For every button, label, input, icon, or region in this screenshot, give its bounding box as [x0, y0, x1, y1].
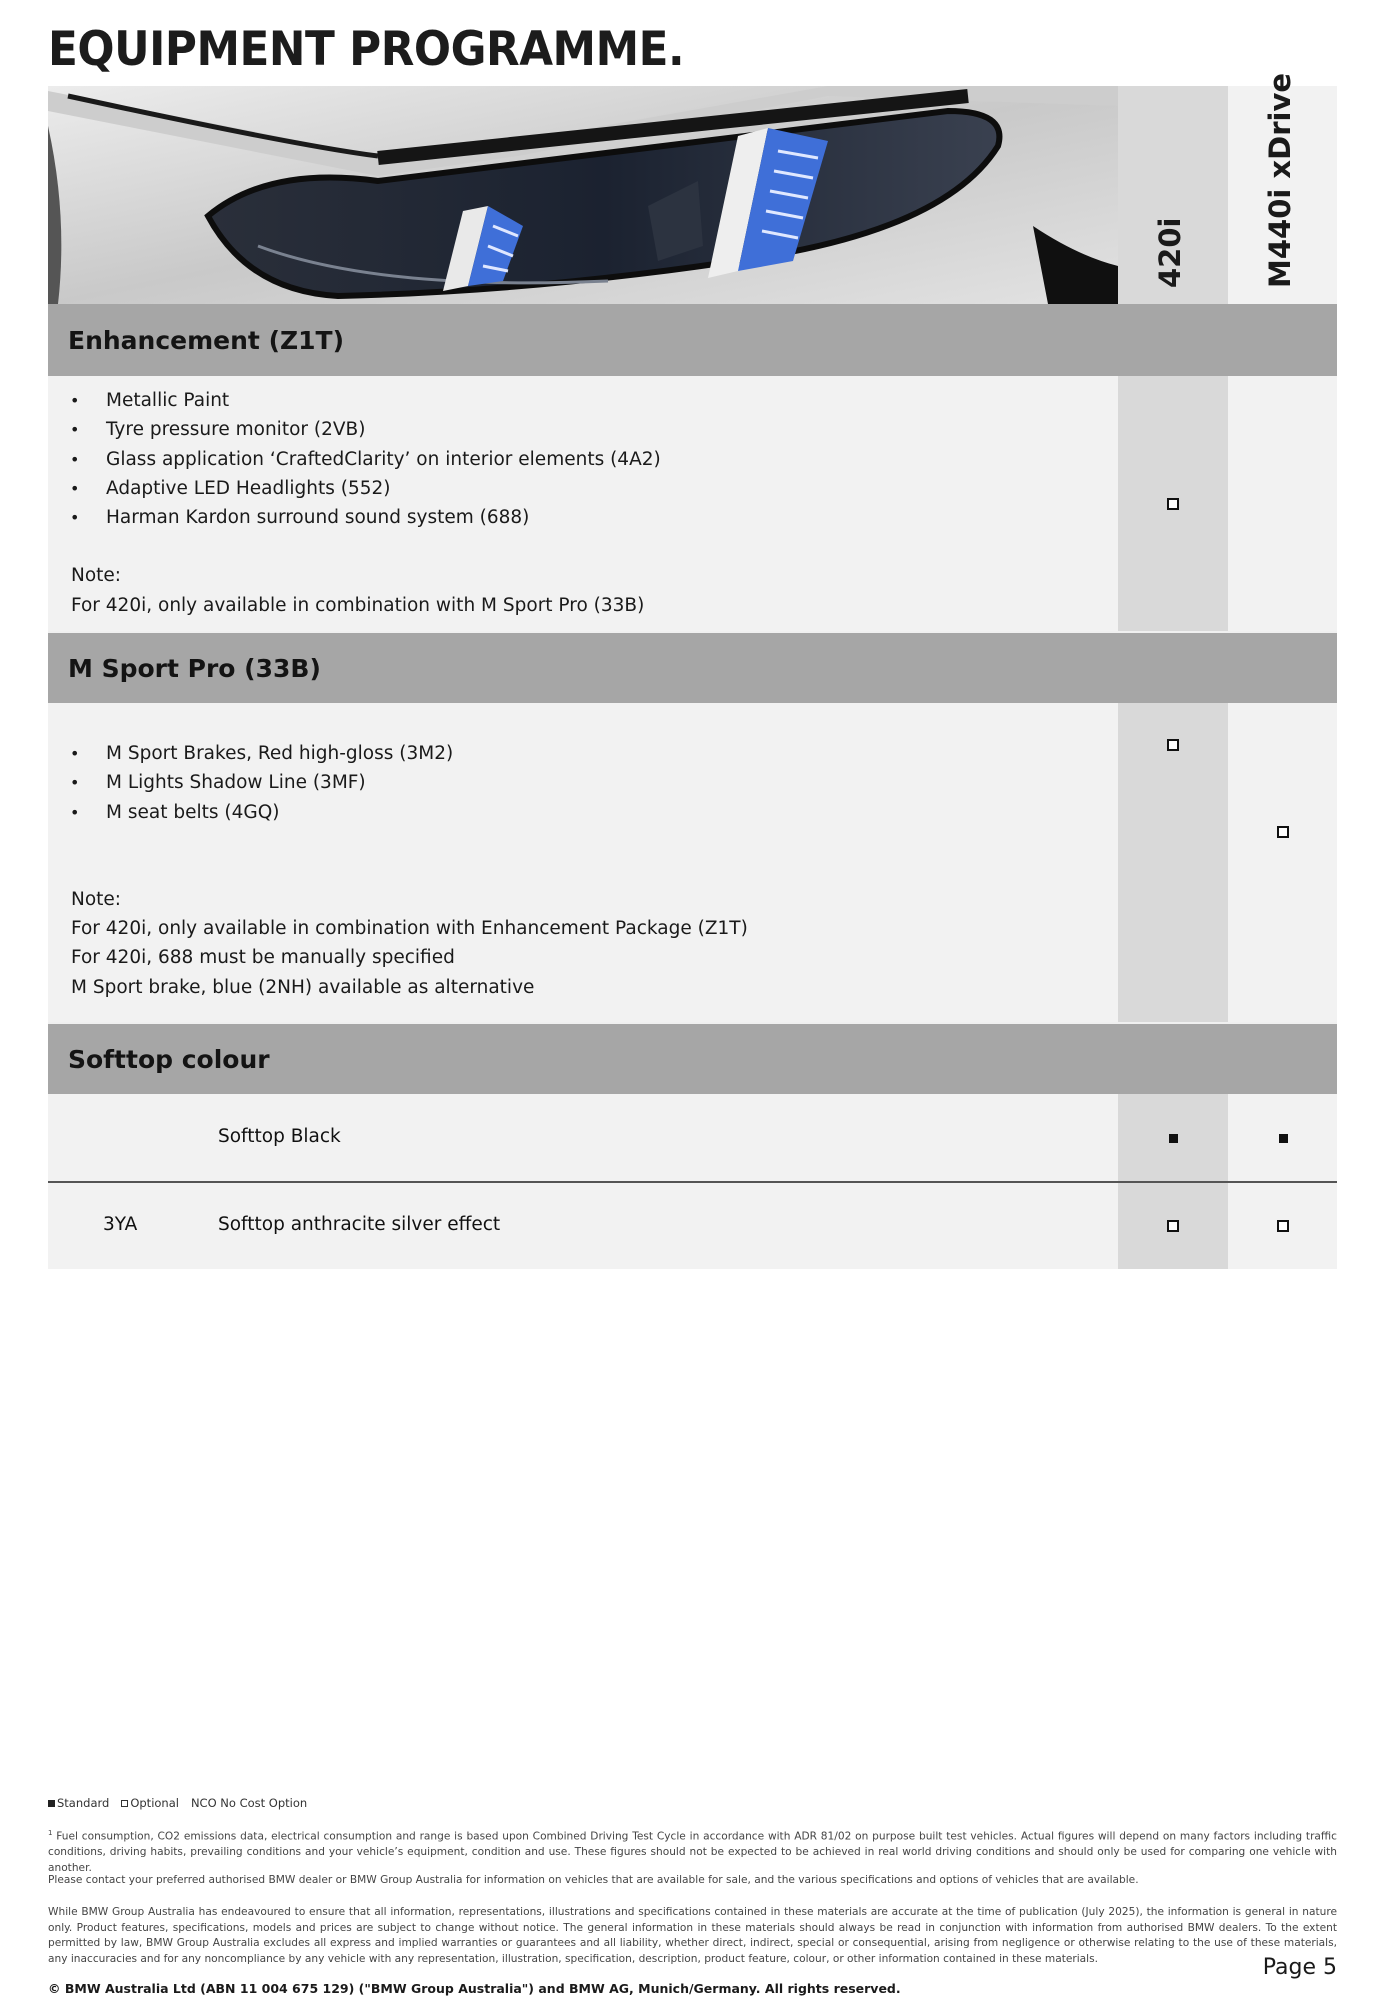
section-title: M Sport Pro (33B): [68, 654, 321, 683]
optional-marker-icon: [1167, 498, 1179, 510]
note-text: For 420i, 688 must be manually specified: [48, 943, 1118, 972]
availability-m440i-xdrive: [1228, 376, 1337, 631]
column-label-420i: 420i: [1153, 218, 1187, 288]
standard-marker-icon: [1279, 1134, 1288, 1143]
feature-list: Metallic Paint Tyre pressure monitor (2V…: [48, 386, 1118, 532]
section-title: Enhancement (Z1T): [68, 326, 344, 355]
availability-420i: [1118, 376, 1228, 631]
feature-item: Adaptive LED Headlights (552): [48, 474, 1118, 503]
feature-item: M Sport Brakes, Red high-gloss (3M2): [48, 739, 1118, 768]
note-label: Note:: [48, 561, 1118, 590]
colour-row: 3YA Softtop anthracite silver effect: [48, 1183, 1337, 1269]
standard-marker-icon: [1169, 1134, 1178, 1143]
availability-420i: [1118, 1094, 1228, 1181]
copyright: © BMW Australia Ltd (ABN 11 004 675 129)…: [48, 1981, 901, 1996]
legend-optional: Optional: [121, 1796, 179, 1810]
legend-standard: Standard: [48, 1796, 109, 1810]
optional-marker-icon: [1167, 1220, 1179, 1232]
optional-marker-icon: [1167, 739, 1179, 751]
page-title: EQUIPMENT PROGRAMME.: [48, 22, 684, 77]
feature-item: Glass application ‘CraftedClarity’ on in…: [48, 445, 1118, 474]
column-header-420i: 420i: [1118, 86, 1228, 304]
colour-name: Softtop anthracite silver effect: [218, 1214, 500, 1235]
page-number: Page 5: [1263, 1955, 1337, 1980]
colour-row: Softtop Black: [48, 1094, 1337, 1181]
footnote-fuel-consumption: 1 Fuel consumption, CO2 emissions data, …: [48, 1826, 1337, 1876]
table-header-row: 420i M440i xDrive: [48, 86, 1337, 304]
section-header-m-sport-pro: M Sport Pro (33B): [48, 631, 1337, 703]
section-title: Softtop colour: [68, 1045, 270, 1074]
feature-list: M Sport Brakes, Red high-gloss (3M2) M L…: [48, 739, 1118, 827]
note-text: For 420i, only available in combination …: [48, 914, 1118, 943]
legend-nco: NCO No Cost Option: [191, 1796, 307, 1810]
availability-420i: [1118, 703, 1228, 1022]
note-text: M Sport brake, blue (2NH) available as a…: [48, 973, 1118, 1002]
availability-m440i-xdrive: [1228, 1183, 1337, 1269]
feature-item: Tyre pressure monitor (2VB): [48, 415, 1118, 444]
option-code: 3YA: [103, 1214, 137, 1235]
optional-marker-icon: [1277, 1220, 1289, 1232]
column-label-m440i-xdrive: M440i xDrive: [1263, 73, 1297, 288]
feature-item: M Lights Shadow Line (3MF): [48, 768, 1118, 797]
section-body-m-sport-pro: M Sport Brakes, Red high-gloss (3M2) M L…: [48, 703, 1337, 1022]
equipment-table: 420i M440i xDrive Enhancement (Z1T) Meta…: [48, 86, 1337, 1269]
feature-item: Metallic Paint: [48, 386, 1118, 415]
feature-item: M seat belts (4GQ): [48, 798, 1118, 827]
colour-description: 3YA Softtop anthracite silver effect: [48, 1183, 1118, 1269]
availability-m440i-xdrive: [1228, 1094, 1337, 1181]
optional-marker-icon: [1277, 826, 1289, 838]
headlight-image: [48, 86, 1118, 304]
package-description: M Sport Brakes, Red high-gloss (3M2) M L…: [48, 703, 1118, 1022]
note-text: For 420i, only available in combination …: [48, 591, 1118, 620]
availability-420i: [1118, 1183, 1228, 1269]
colour-name: Softtop Black: [218, 1126, 341, 1147]
section-header-softtop-colour: Softtop colour: [48, 1022, 1337, 1094]
colour-description: Softtop Black: [48, 1094, 1118, 1181]
standard-square-icon: [48, 1800, 55, 1807]
package-description: Metallic Paint Tyre pressure monitor (2V…: [48, 376, 1118, 631]
optional-square-icon: [121, 1800, 128, 1807]
availability-m440i-xdrive: [1228, 703, 1337, 1022]
feature-item: Harman Kardon surround sound system (688…: [48, 503, 1118, 532]
footnote-disclaimer: While BMW Group Australia has endeavoure…: [48, 1905, 1337, 1967]
note-label: Note:: [48, 885, 1118, 914]
legend: Standard Optional NCO No Cost Option: [48, 1796, 307, 1810]
section-header-enhancement: Enhancement (Z1T): [48, 304, 1337, 376]
footnote-contact: Please contact your preferred authorised…: [48, 1873, 1337, 1889]
section-body-enhancement: Metallic Paint Tyre pressure monitor (2V…: [48, 376, 1337, 631]
column-header-m440i-xdrive: M440i xDrive: [1228, 86, 1337, 304]
